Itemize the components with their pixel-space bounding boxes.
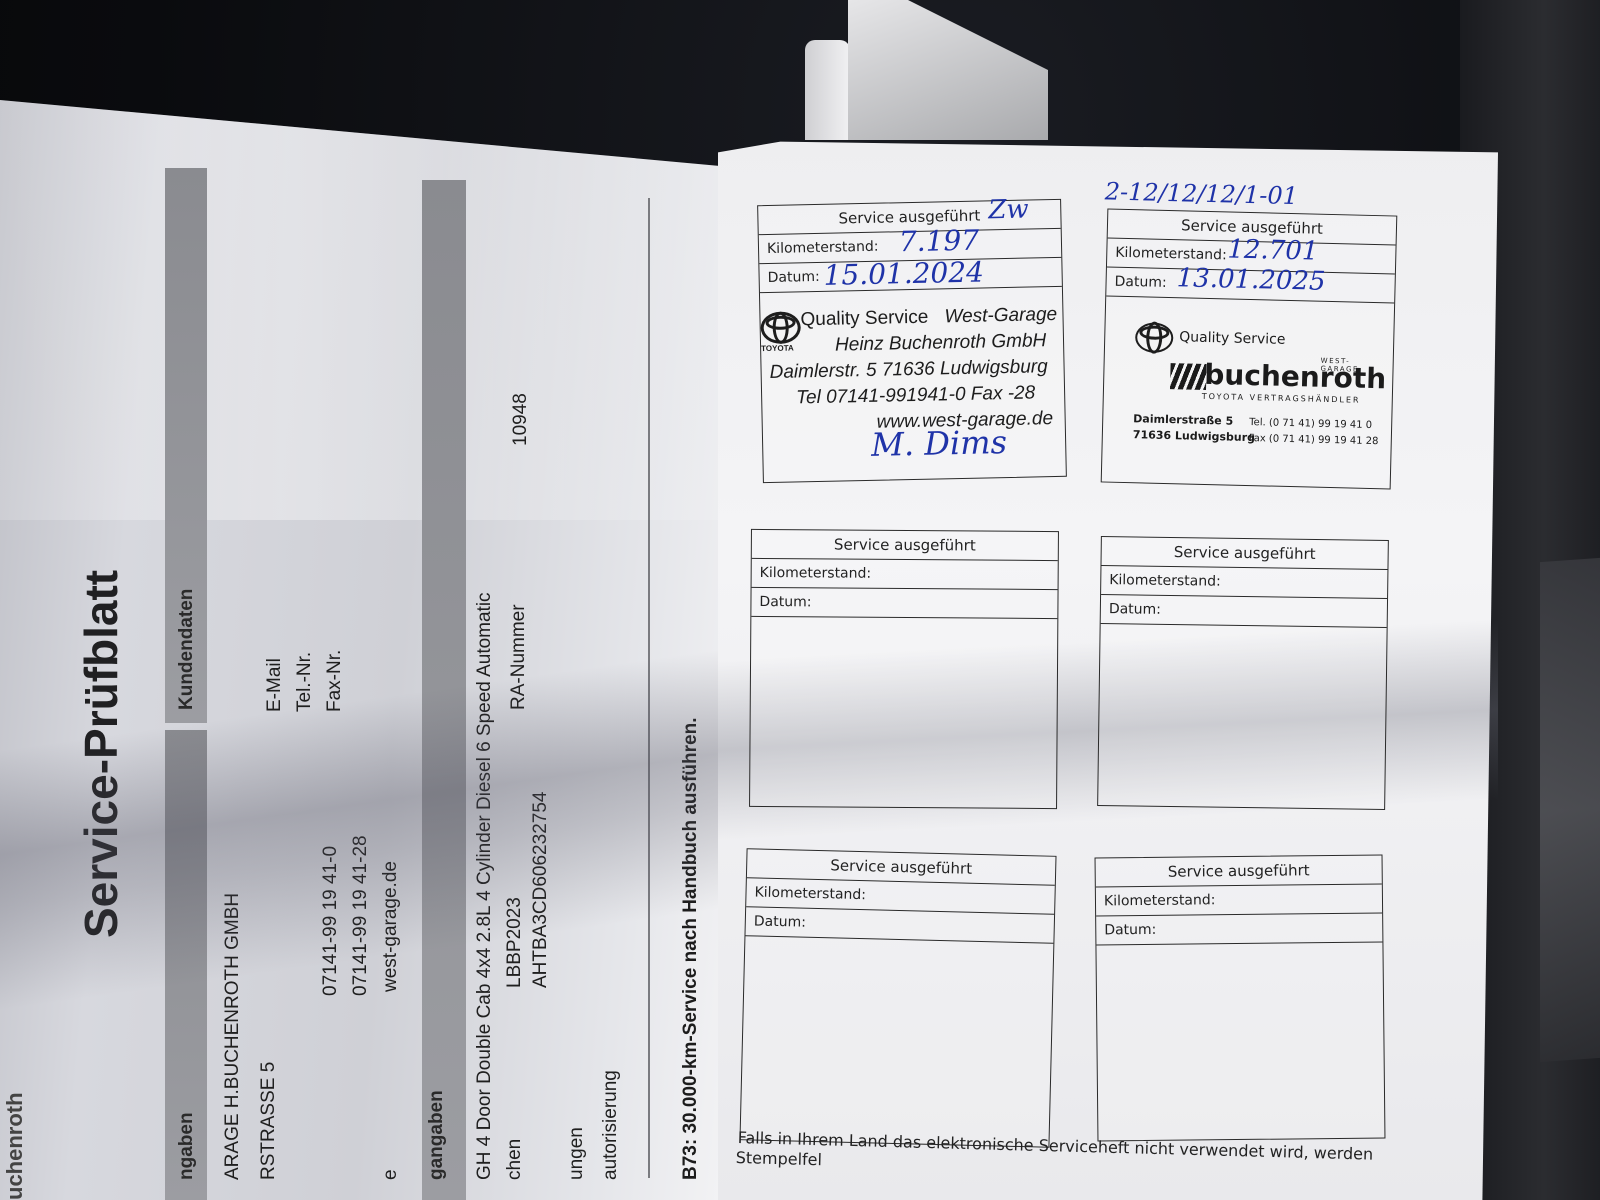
service-box-4: Service ausgeführt Kilometerstand: Datum… [1097, 536, 1389, 810]
dealer-street: RSTRASSE 5 [258, 1062, 280, 1180]
service-box-1: Service ausgeführt Kilometerstand: Datum… [757, 199, 1067, 483]
service-header: Service ausgeführt [1101, 537, 1387, 570]
handwritten-header-note: 2-12/12/12/1-01 [1104, 177, 1298, 210]
service-box-6: Service ausgeführt Kilometerstand: Datum… [1095, 854, 1386, 1141]
service-header: Service ausgeführt [1096, 856, 1382, 888]
km-row: Kilometerstand: [1096, 885, 1382, 917]
plate-label: chen [504, 1139, 526, 1180]
handwritten-header-note: Zw [988, 195, 1029, 226]
km-row: Kilometerstand: [1101, 566, 1387, 599]
service-box-3: Service ausgeführt Kilometerstand: Datum… [749, 529, 1059, 809]
ra-number-value: 10948 [510, 393, 532, 446]
km-value: 7.197 [899, 224, 980, 259]
date-row: Datum: [751, 588, 1057, 619]
date-value: 13.01.2025 [1176, 263, 1326, 297]
phone-label: Tel.-Nr. [294, 652, 316, 712]
service-box-5: Service ausgeführt Kilometerstand: Datum… [739, 848, 1056, 1147]
label-fragment-2: autorisierung [600, 1070, 622, 1180]
date-row: Datum: [1096, 914, 1382, 946]
seat-edge [1540, 558, 1600, 1062]
service-box-2: Service ausgeführt Kilometerstand: Datum… [1101, 208, 1398, 489]
date-row: Datum: [1101, 595, 1387, 628]
customer-data-header: Kundendaten [176, 589, 198, 710]
km-row: Kilometerstand: [752, 559, 1058, 590]
service-header: Service ausgeführt [752, 530, 1058, 561]
booklet-back-tab [805, 40, 850, 140]
buchenroth-logo-icon [1170, 363, 1207, 390]
label-fragment-1: ungen [566, 1127, 588, 1180]
dealer-stamp-2: Quality Service WEST-GARAGE buchenroth T… [1132, 322, 1385, 468]
toyota-logo-icon [1135, 322, 1174, 353]
km-value: 12.701 [1227, 234, 1319, 266]
edge-logo-fragment: uchenroth [2, 1092, 28, 1200]
date-row: Datum: [745, 907, 1054, 944]
dealer-web-fragment: e [380, 1169, 402, 1180]
dealer-stamp-1: TOYOTA Quality Service West-Garage Heinz… [766, 297, 1086, 304]
date-value: 15.01.2024 [823, 255, 984, 291]
email-label: E-Mail [264, 658, 286, 712]
left-page-service-sheet: uchenroth Service-Prüfblatt Kundendaten … [0, 100, 720, 1200]
signature: M. Dims [871, 423, 1008, 464]
toyota-logo-icon [760, 311, 801, 344]
footer-note-line-2: Stempelfel [736, 1148, 823, 1169]
vehicle-header: gangaben [426, 1090, 448, 1180]
dealer-header: ngaben [176, 1112, 198, 1180]
